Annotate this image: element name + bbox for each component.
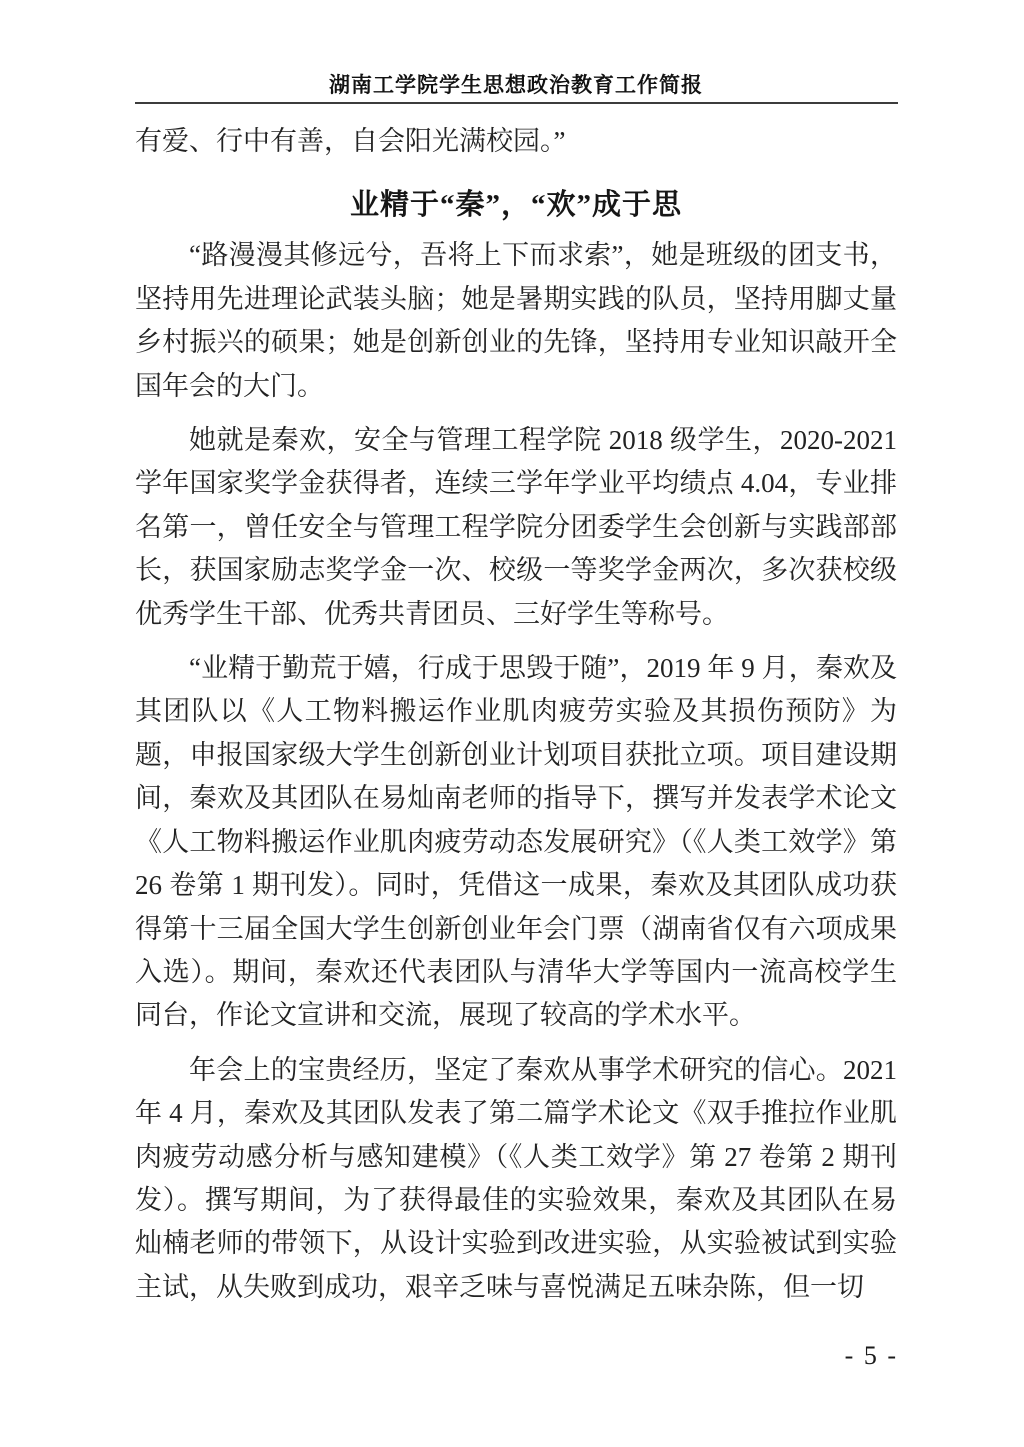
header-title: 湖南工学院学生思想政治教育工作简报 (135, 0, 897, 97)
paragraph: 年会上的宝贵经历，坚定了秦欢从事学术研究的信心。2021 年 4 月，秦欢及其团… (135, 1049, 897, 1309)
page-header: 湖南工学院学生思想政治教育工作简报 (0, 0, 1024, 104)
paragraph: 她就是秦欢，安全与管理工程学院 2018 级学生，2020-2021 学年国家奖… (135, 419, 897, 636)
document-page: 湖南工学院学生思想政治教育工作简报 有爱、行中有善，自会阳光满校园。” 业精于“… (0, 0, 1024, 1447)
paragraph: “路漫漫其修远兮，吾将上下而求索”，她是班级的团支书，坚持用先进理论武装头脑；她… (135, 234, 897, 408)
page-number: - 5 - (845, 1339, 898, 1373)
paragraph: “业精于勤荒于嬉，行成于思毁于随”，2019 年 9 月，秦欢及其团队以《人工物… (135, 647, 897, 1038)
header-divider (135, 102, 898, 104)
document-body: 有爱、行中有善，自会阳光满校园。” 业精于“秦”，“欢”成于思 “路漫漫其修远兮… (135, 120, 897, 1309)
carryover-text-line: 有爱、行中有善，自会阳光满校园。” (135, 120, 897, 163)
section-title: 业精于“秦”，“欢”成于思 (135, 183, 897, 227)
